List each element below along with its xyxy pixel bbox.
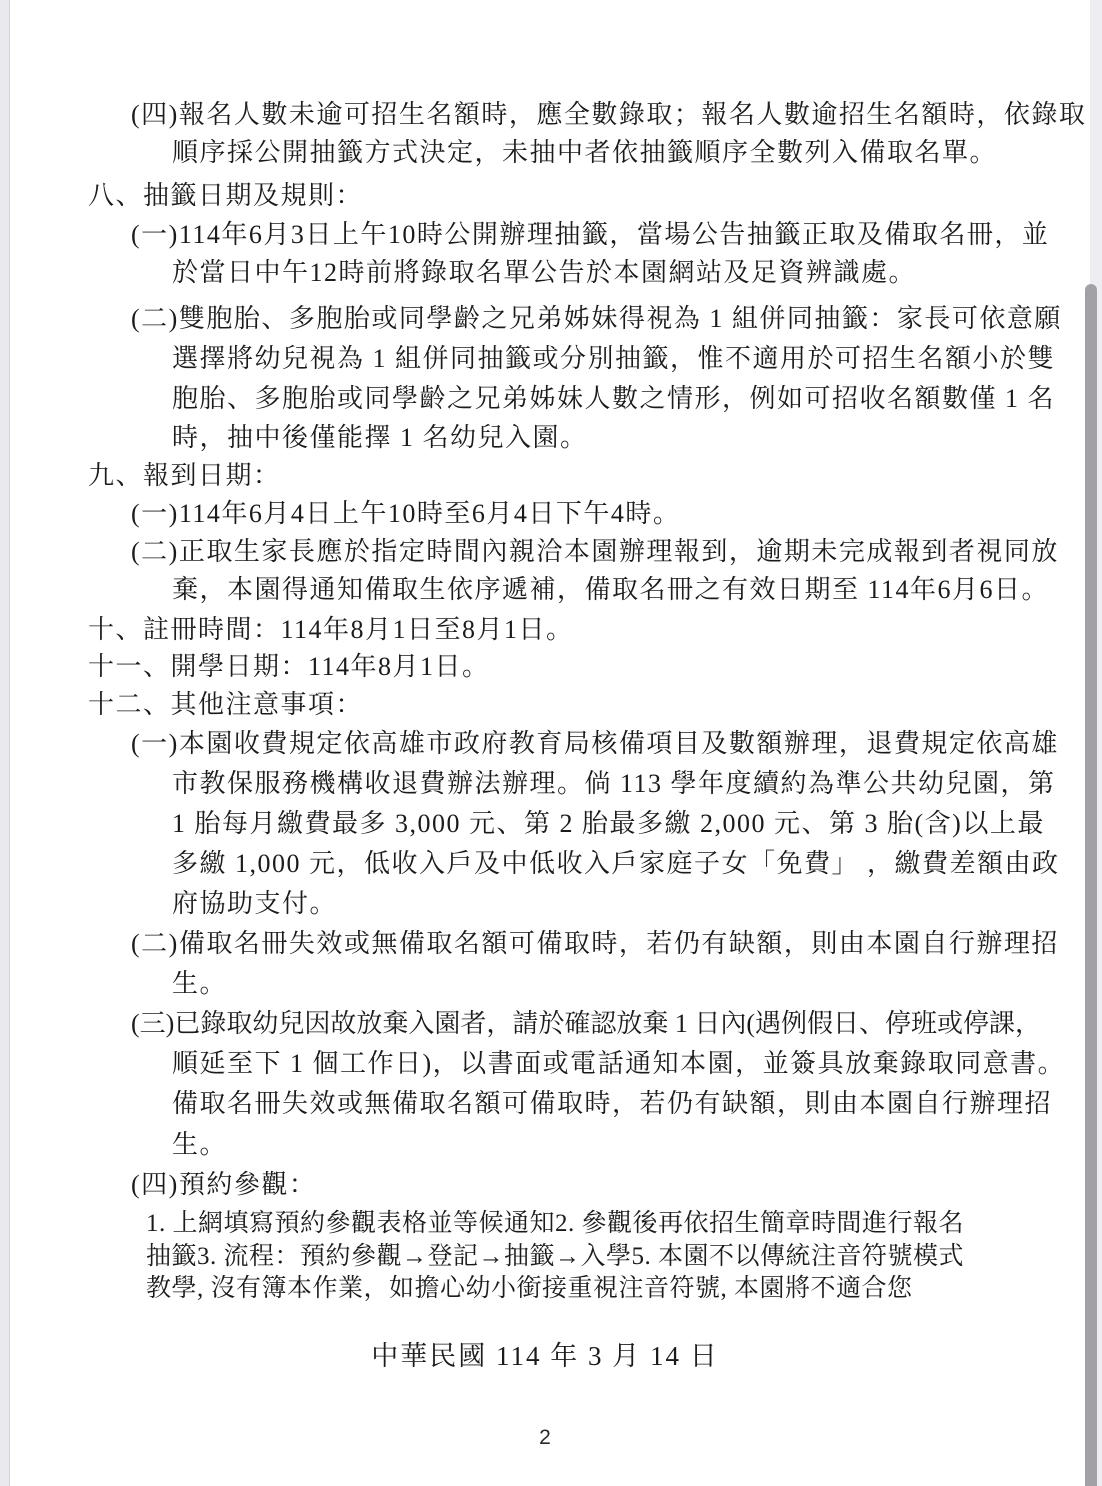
document-date-line: 中華民國 114 年 3 月 14 日 (0, 1334, 1090, 1373)
document-line: 教學, 沒有簿本作業，如擔心幼小銜接重視注音符號, 本園將不適合您 (146, 1274, 913, 1304)
scrollbar-thumb[interactable] (1085, 284, 1097, 1486)
document-line: 於當日中午12時前將錄取名單公告於本園網站及足資辨識處。 (172, 258, 916, 288)
document-line: (二)備取名冊失效或無備取名額可備取時，若仍有缺額，則由本園自行辦理招 (131, 929, 1059, 959)
document-line: 十二、其他注意事項： (88, 690, 363, 720)
document-line: 順序採公開抽籤方式決定，未抽中者依抽籤順序全數列入備取名單。 (172, 138, 997, 168)
document-line: 1 胎每月繳費最多 3,000 元、第 2 胎最多繳 2,000 元、第 3 胎… (172, 809, 1045, 839)
document-line: 生。 (172, 1130, 227, 1160)
document-line: 1. 上網填寫預約參觀表格並等候通知2. 參觀後再依招生簡章時間進行報名 (146, 1209, 964, 1239)
document-line: 十一、開學日期：114年8月1日。 (88, 652, 490, 682)
document-page: (四)報名人數未逾可招生名額時，應全數錄取；報名人數逾招生名額時，依錄取順序採公… (0, 0, 1102, 1486)
document-line: (一)114年6月4日上午10時至6月4日下午4時。 (131, 499, 680, 529)
document-line: 棄，本園得通知備取生依序遞補，備取名冊之有效日期至 114年6月6日。 (172, 575, 1049, 605)
document-line: 選擇將幼兒視為 1 組併同抽籤或分別抽籤，惟不適用於可招生名額小於雙 (172, 344, 1055, 374)
document-line: 九、報到日期： (88, 461, 281, 491)
document-line: 市教保服務機構收退費辦法辦理。倘 113 學年度續約為準公共幼兒園，第 (172, 769, 1056, 799)
document-line: 多繳 1,000 元，低收入戶及中低收入戶家庭子女「免費」 ，繳費差額由政 (172, 849, 1060, 879)
document-line: (三)已錄取幼兒因故放棄入園者，請於確認放棄 1 日內(遇例假日、停班或停課， (131, 1009, 1041, 1039)
document-line: (四)報名人數未逾可招生名額時，應全數錄取；報名人數逾招生名額時，依錄取 (131, 100, 1086, 130)
document-line: (二)雙胞胎、多胞胎或同學齡之兄弟姊妹得視為 1 組併同抽籤：家長可依意願 (131, 304, 1062, 334)
document-line: 胞胎、多胞胎或同學齡之兄弟姊妹人數之情形，例如可招收名額數僅 1 名 (172, 384, 1055, 414)
document-line: 時，抽中後僅能擇 1 名幼兒入園。 (172, 423, 588, 453)
page-number: 2 (0, 1426, 1090, 1450)
document-line: 十、註冊時間：114年8月1日至8月1日。 (88, 615, 574, 645)
document-line: (四)預約參觀： (131, 1170, 316, 1200)
document-viewer: (四)報名人數未逾可招生名額時，應全數錄取；報名人數逾招生名額時，依錄取順序採公… (0, 0, 1102, 1486)
document-line: 八、抽籤日期及規則： (88, 181, 363, 211)
document-line: 備取名冊失效或無備取名額可備取時，若仍有缺額，則由本園自行辦理招 (172, 1089, 1052, 1119)
document-line: 府協助支付。 (172, 889, 337, 919)
document-line: (一)本園收費規定依高雄市政府教育局核備項目及數額辦理，退費規定依高雄 (131, 729, 1059, 759)
document-line: 順延至下 1 個工作日)，以書面或電話通知本園，並簽具放棄錄取同意書。 (172, 1049, 1065, 1079)
document-line: 生。 (172, 969, 227, 999)
document-line: (二)正取生家長應於指定時間內親洽本園辦理報到，逾期未完成報到者視同放 (131, 537, 1059, 567)
document-line: 抽籤3. 流程：預約參觀→登記→抽籤→入學5. 本園不以傳統注音符號模式 (146, 1242, 964, 1272)
document-line: (一)114年6月3日上午10時公開辦理抽籤，當場公告抽籤正取及備取名冊，並 (131, 220, 1049, 250)
